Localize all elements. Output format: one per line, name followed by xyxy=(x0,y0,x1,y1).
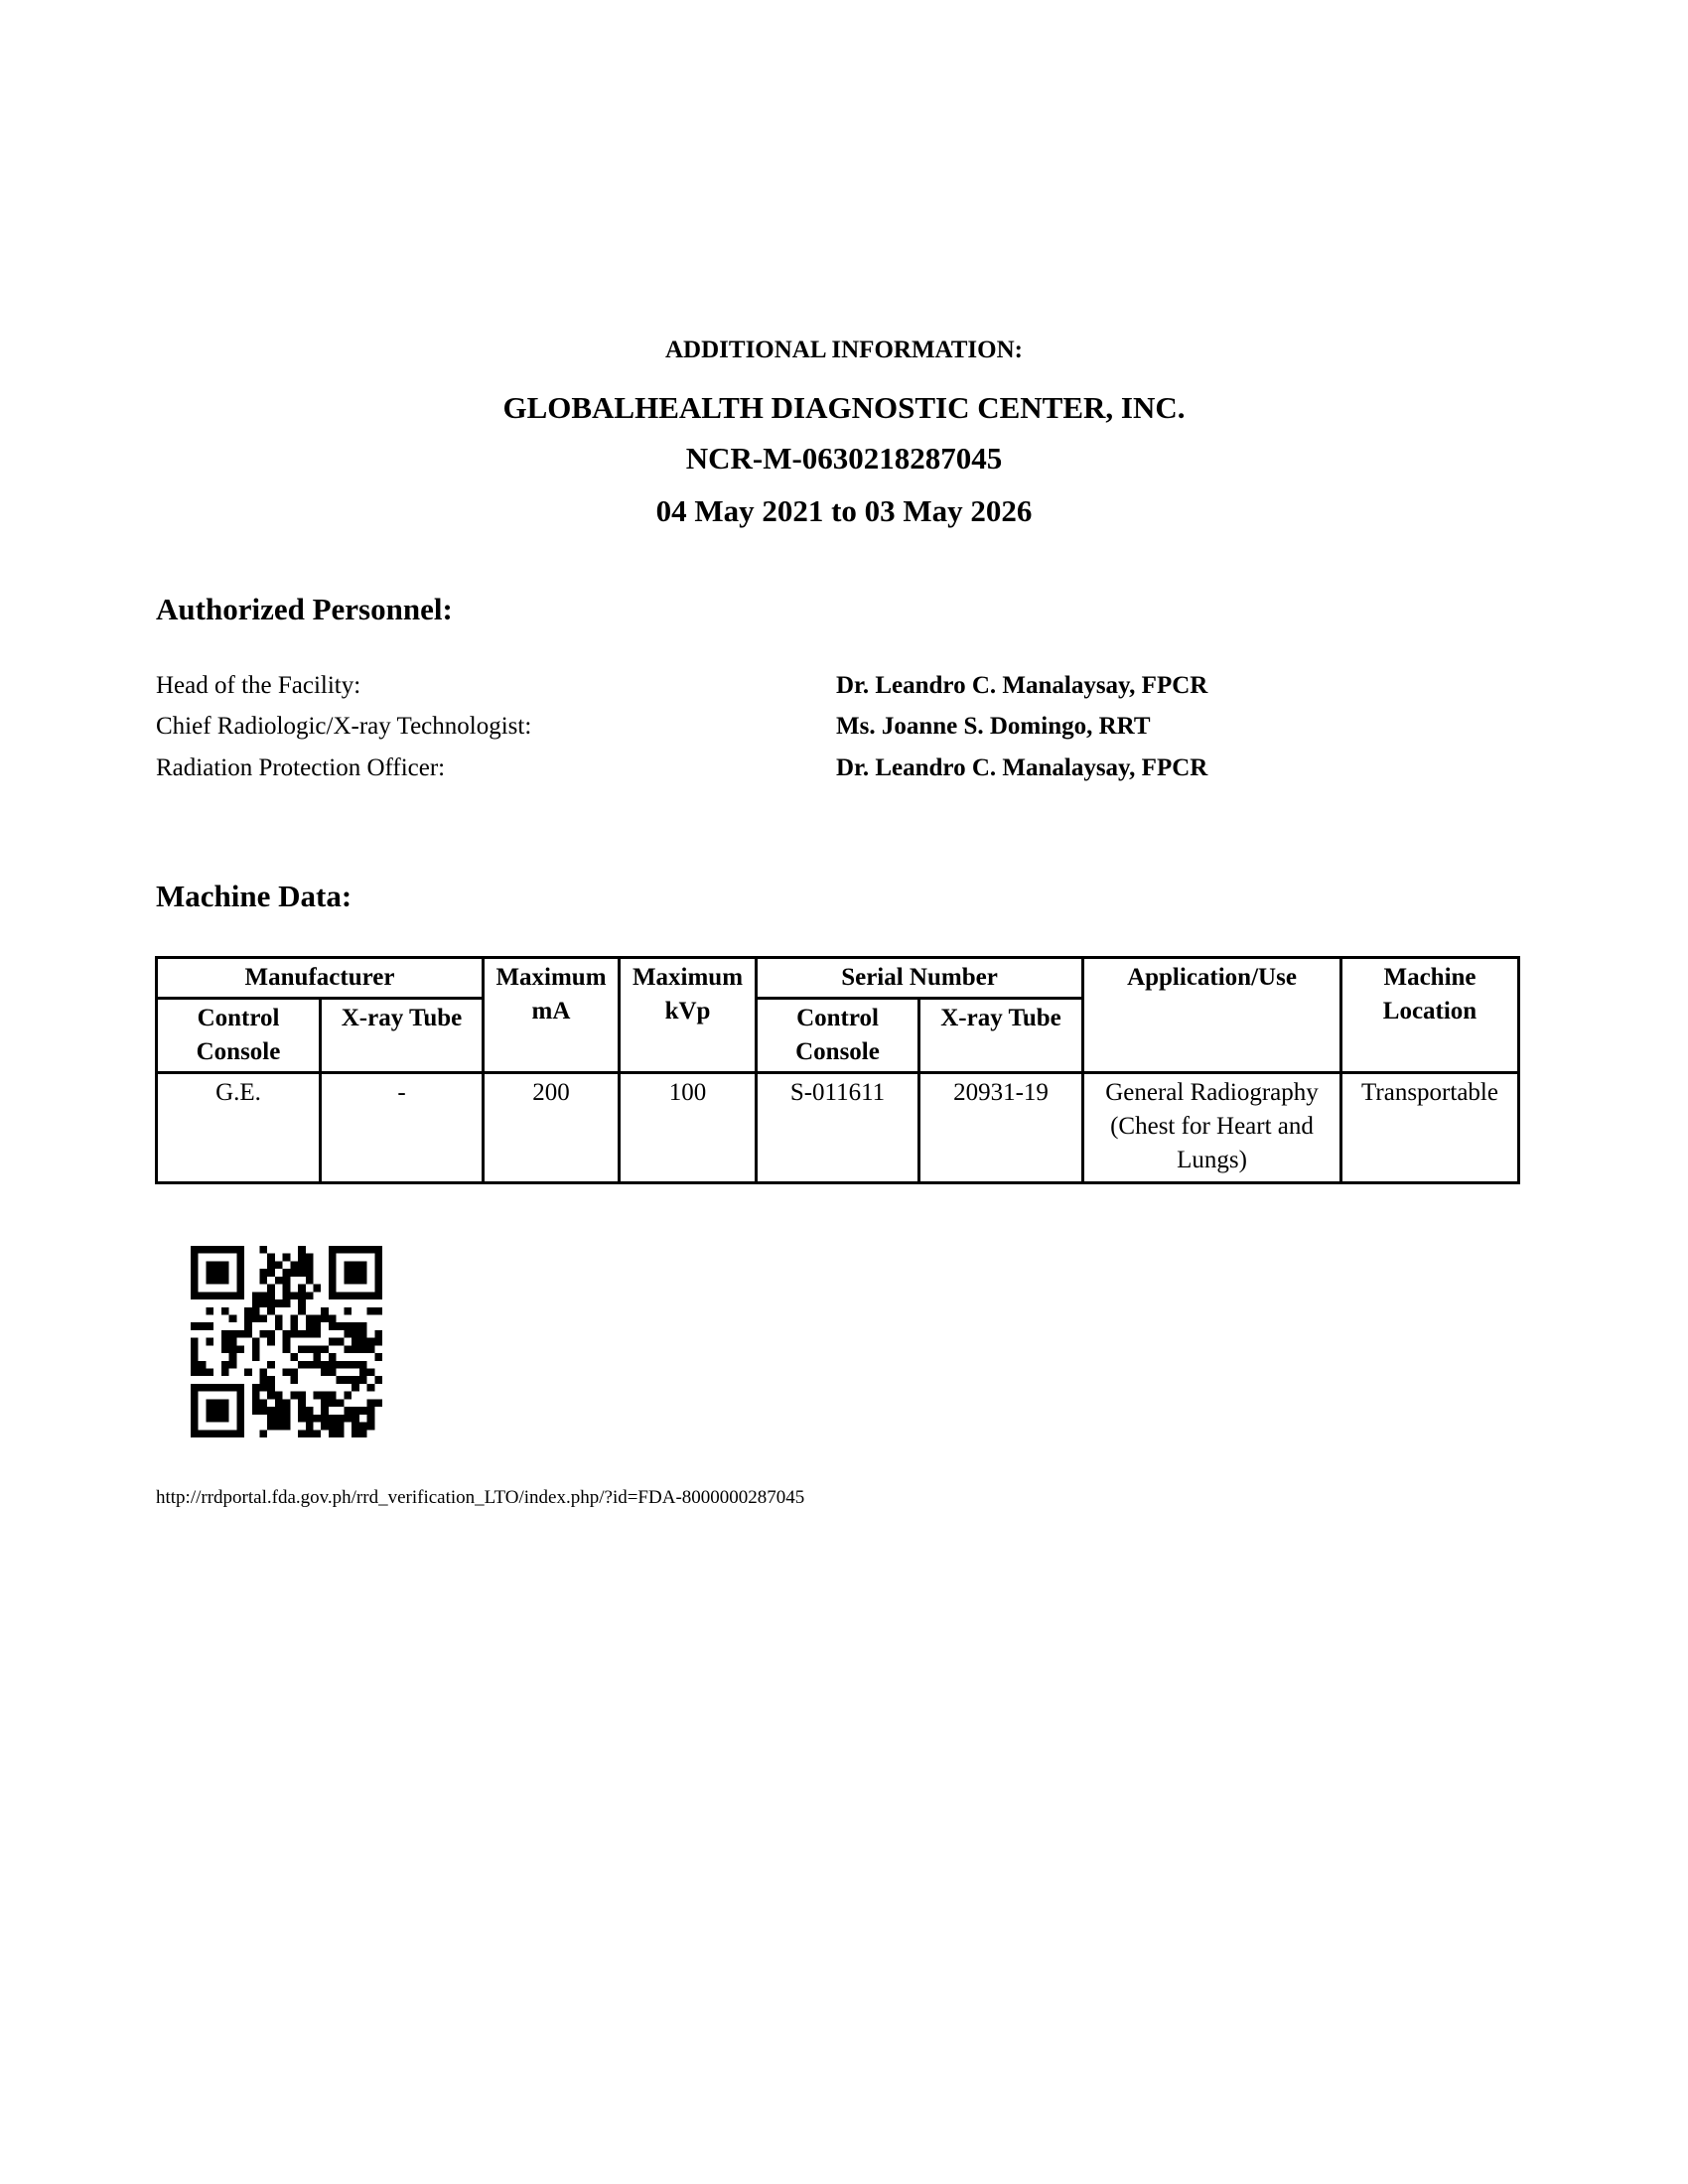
personnel-label-rpo: Radiation Protection Officer: xyxy=(156,754,445,782)
facility-name: GLOBALHEALTH DIAGNOSTIC CENTER, INC. xyxy=(0,390,1688,426)
cell-max-kvp: 100 xyxy=(620,1073,757,1183)
verification-url[interactable]: http://rrdportal.fda.gov.ph/rrd_verifica… xyxy=(156,1487,804,1509)
personnel-value-rpo: Dr. Leandro C. Manalaysay, FPCR xyxy=(836,754,1207,782)
header-serial-tube: X-ray Tube xyxy=(919,999,1083,1073)
authorized-personnel-title: Authorized Personnel: xyxy=(156,592,453,627)
table-row: G.E. - 200 100 S-011611 20931-19 General… xyxy=(157,1073,1519,1183)
header-max-kvp: Maximum kVp xyxy=(620,958,757,1073)
header-application: Application/Use xyxy=(1083,958,1341,1073)
header-location: Machine Location xyxy=(1341,958,1519,1073)
additional-info-heading: ADDITIONAL INFORMATION: xyxy=(0,337,1688,364)
cell-location: Transportable xyxy=(1341,1073,1519,1183)
cell-manufacturer-console: G.E. xyxy=(157,1073,321,1183)
personnel-label-head: Head of the Facility: xyxy=(156,672,360,700)
cell-manufacturer-tube: - xyxy=(321,1073,484,1183)
header-max-ma: Maximum mA xyxy=(484,958,620,1073)
header-serial-number: Serial Number xyxy=(757,958,1083,999)
validity-period: 04 May 2021 to 03 May 2026 xyxy=(0,493,1688,529)
cell-application: General Radiography (Chest for Heart and… xyxy=(1083,1073,1341,1183)
header-manufacturer-tube: X-ray Tube xyxy=(321,999,484,1073)
personnel-label-technologist: Chief Radiologic/X-ray Technologist: xyxy=(156,713,531,741)
header-manufacturer: Manufacturer xyxy=(157,958,484,999)
license-number: NCR-M-0630218287045 xyxy=(0,441,1688,477)
machine-data-table: Manufacturer Maximum mA Maximum kVp Seri… xyxy=(155,956,1520,1184)
cell-serial-tube: 20931-19 xyxy=(919,1073,1083,1183)
cell-max-ma: 200 xyxy=(484,1073,620,1183)
personnel-value-technologist: Ms. Joanne S. Domingo, RRT xyxy=(836,713,1151,741)
qr-code-icon xyxy=(191,1245,382,1438)
header-manufacturer-console: Control Console xyxy=(157,999,321,1073)
personnel-value-head: Dr. Leandro C. Manalaysay, FPCR xyxy=(836,672,1207,700)
header-serial-console: Control Console xyxy=(757,999,919,1073)
machine-data-title: Machine Data: xyxy=(156,879,352,914)
cell-serial-console: S-011611 xyxy=(757,1073,919,1183)
